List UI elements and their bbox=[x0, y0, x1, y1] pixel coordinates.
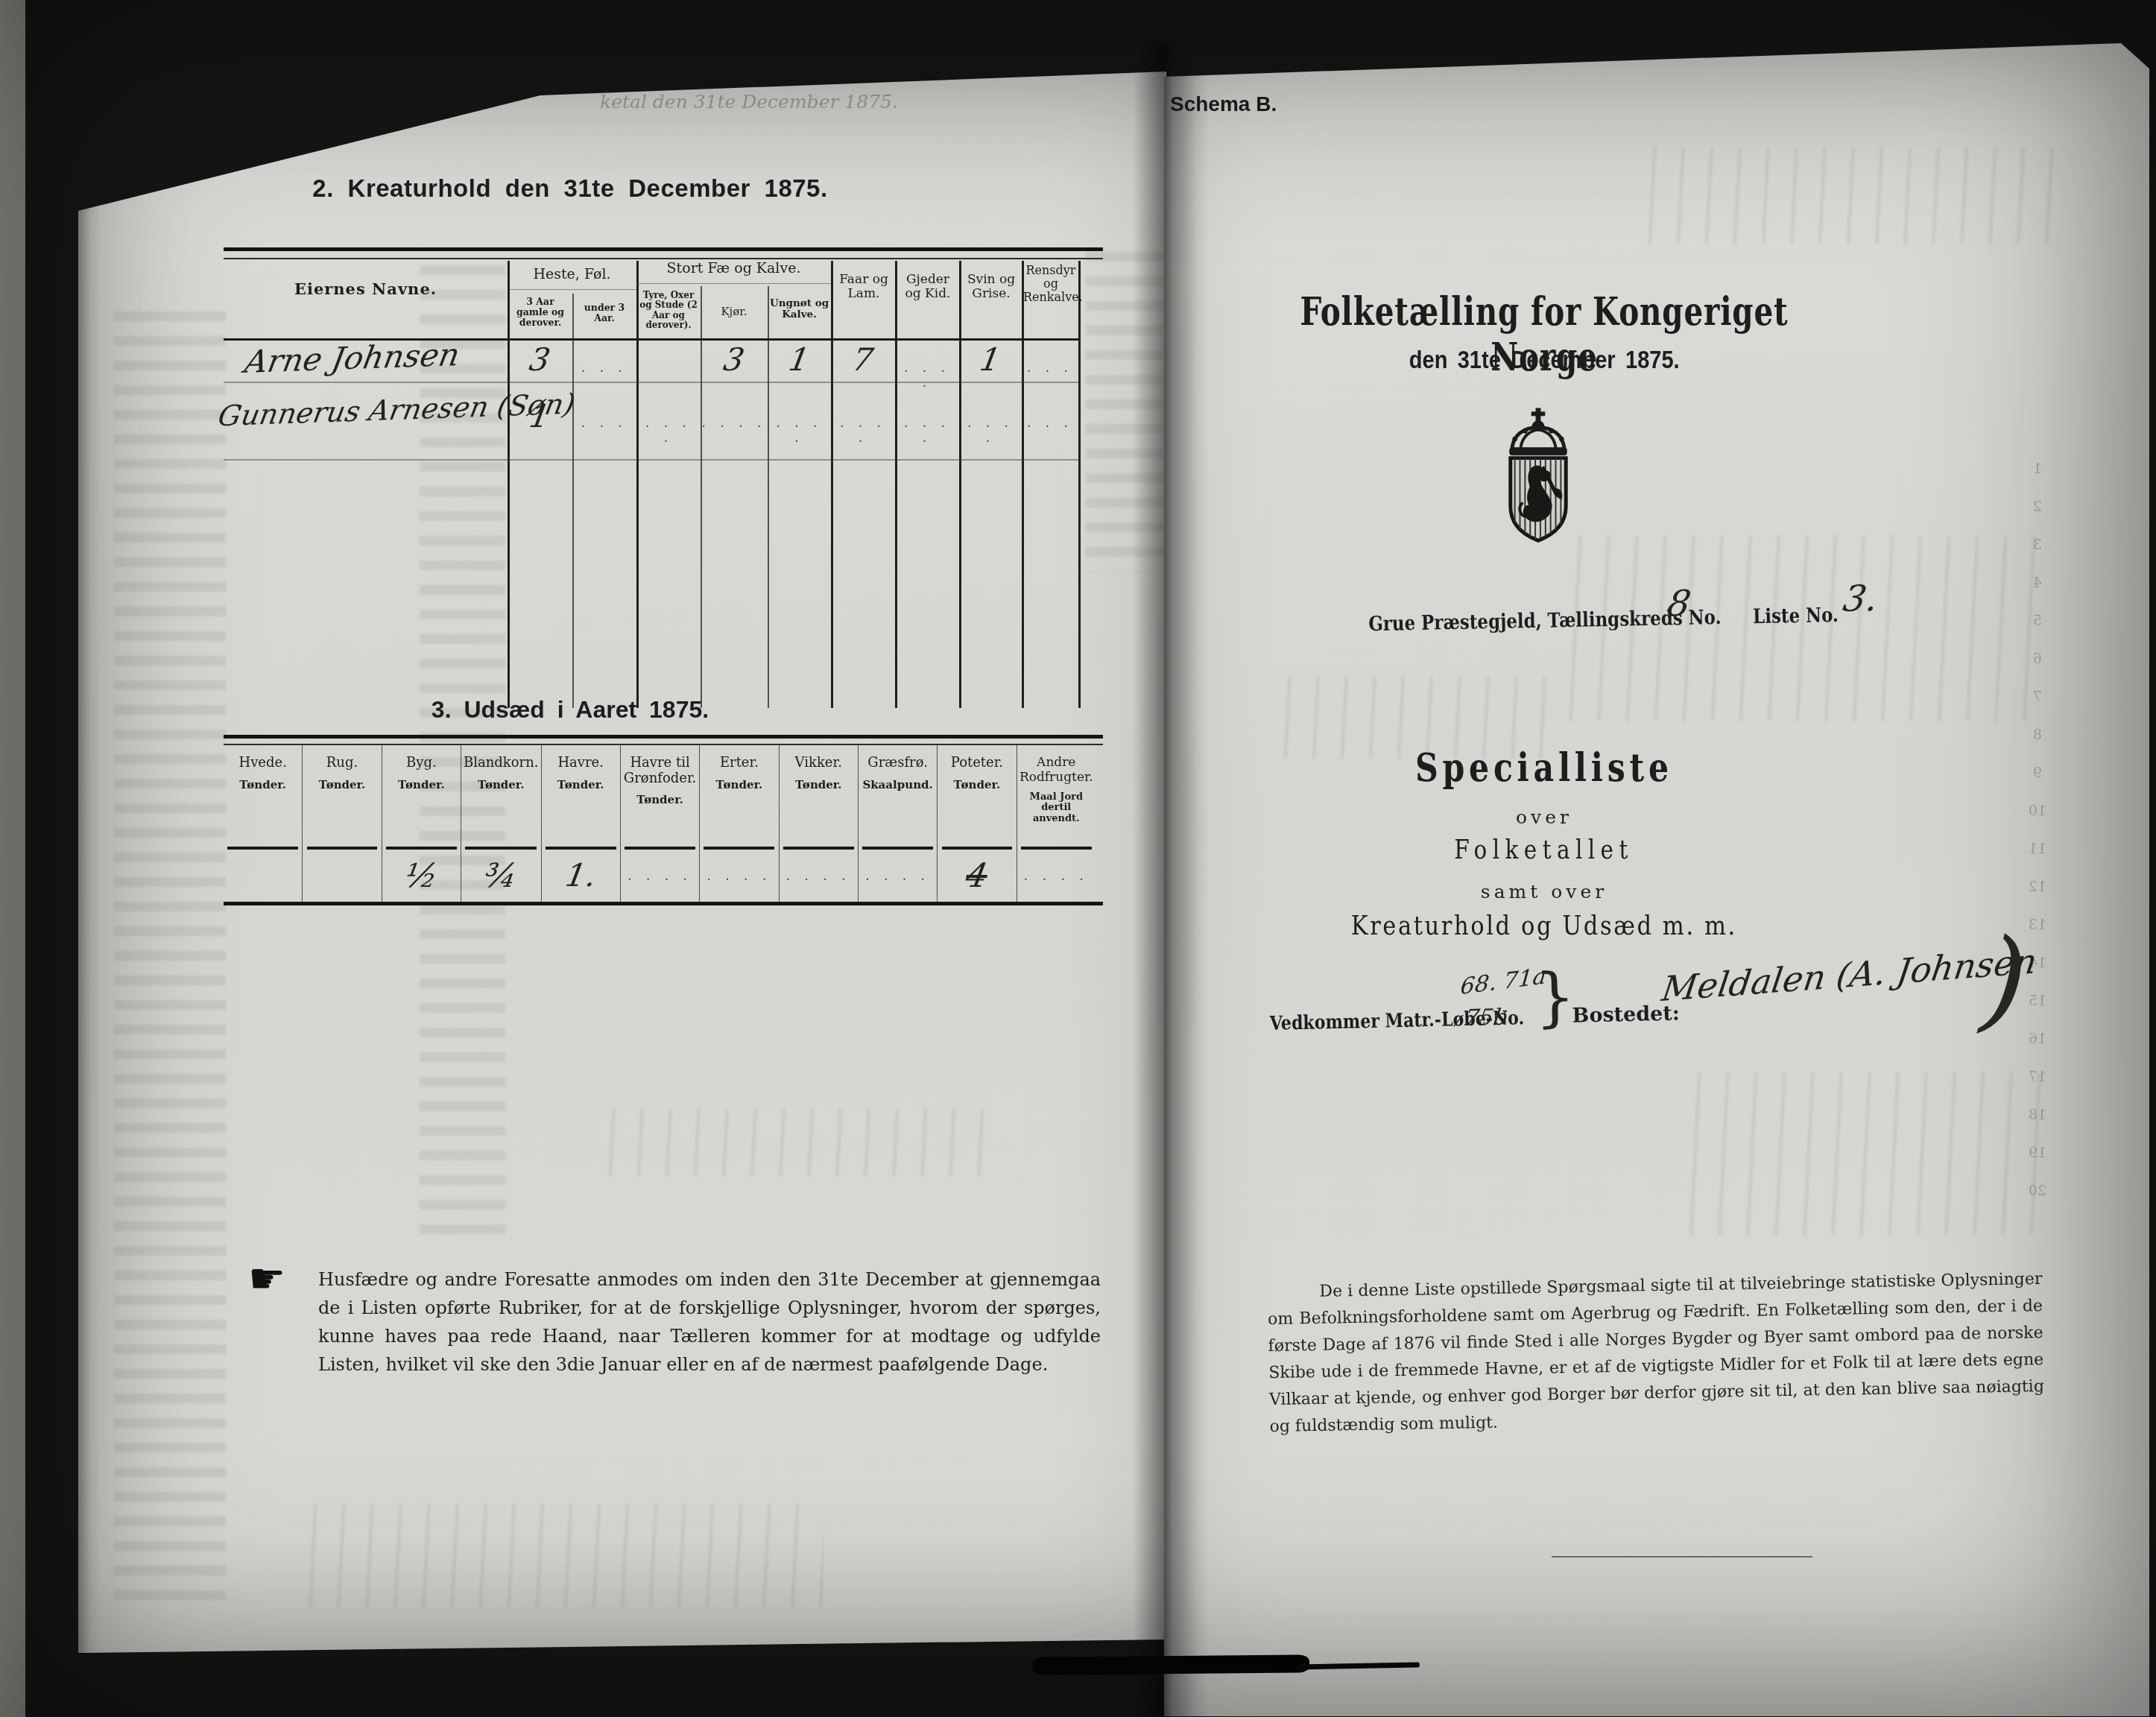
cell-faar: . . . . bbox=[831, 416, 895, 446]
rensdyr-column-header: Rensdyr og Renkalve. bbox=[1023, 264, 1078, 304]
cell-heste-unge: . . . bbox=[572, 361, 636, 376]
table-line bbox=[224, 735, 1103, 739]
cell-gjeder: . . . . bbox=[895, 361, 959, 390]
udsaed-col-unit: Tønder. bbox=[780, 779, 858, 791]
liste-label: Liste No. bbox=[1753, 604, 1839, 628]
udsaed-col-unit: Maal Jord dertil anvendt. bbox=[1017, 792, 1096, 824]
udsaed-col-underline bbox=[625, 847, 695, 850]
udsaed-col-unit: Skaalpund. bbox=[859, 779, 937, 791]
udsaed-col-underline bbox=[307, 847, 378, 850]
explanatory-paragraph: De i denne Liste opstillede Spørgsmaal s… bbox=[1267, 1266, 2045, 1441]
cell-kjoer: . . . . bbox=[701, 416, 768, 431]
table-line bbox=[224, 258, 1103, 259]
table-line bbox=[224, 247, 1103, 251]
special-samt-over: samt over bbox=[1164, 881, 1924, 902]
bleed-margin-number: 1 bbox=[2021, 461, 2054, 499]
udsaed-col-unit: Tønder. bbox=[303, 779, 381, 791]
scanner-ink-mark bbox=[1032, 1654, 1309, 1675]
row-underline bbox=[224, 459, 1078, 461]
pointing-hand-icon: ☛ bbox=[248, 1255, 285, 1303]
udsaed-col-underline bbox=[783, 847, 854, 850]
udsaed-col-name: Rug. bbox=[303, 756, 381, 771]
table-line bbox=[508, 289, 636, 290]
table-vline bbox=[831, 261, 833, 708]
udsaed-col-name: Byg. bbox=[382, 756, 461, 771]
bleed-squiggle bbox=[1641, 148, 2058, 244]
reference-line: Vedkommer Matr.-Løbe-No. 68. 71a 75b } B… bbox=[1162, 920, 2098, 1134]
bleed-squiggle bbox=[600, 1109, 987, 1176]
udsaed-col-unit: Tønder. bbox=[382, 779, 461, 791]
udsaed-col-value: ¾ bbox=[458, 857, 544, 895]
bleed-column-left bbox=[114, 312, 226, 1601]
liste-number-handwritten: 3. bbox=[1840, 578, 1881, 620]
left-page: ketal den 31te December 1875. 2. Kreatur… bbox=[78, 66, 1166, 1653]
udsaed-col-name: Havre til Grønfoder. bbox=[621, 756, 699, 786]
udsaed-column: Havre til Grønfoder. Tønder. . . . . bbox=[620, 744, 699, 902]
udsaed-col-name: Poteter. bbox=[938, 756, 1016, 771]
bleed-margin-number: 10 bbox=[2021, 803, 2054, 841]
udsaed-col-underline bbox=[862, 847, 933, 850]
bleed-margin-number: 8 bbox=[2021, 727, 2054, 765]
udsaed-column: Blandkorn. Tønder. ¾ bbox=[461, 744, 541, 902]
district-line: Grue Præstegjeld, Tællingskreds No. 8 Li… bbox=[1163, 556, 2059, 670]
udsaed-col-name: Vikker. bbox=[780, 756, 858, 771]
bleed-margin-number: 2 bbox=[2021, 499, 2054, 537]
row-underline bbox=[224, 382, 1078, 383]
census-subtitle-text: den 31te December 1875. bbox=[1409, 346, 1680, 374]
udsaed-col-name: Andre Rodfrugter. bbox=[1017, 756, 1096, 785]
special-folketallet: Folketallet bbox=[1164, 835, 1924, 865]
left-page-torn-edge bbox=[78, 66, 101, 1653]
udsaed-column: Hvede. Tønder. bbox=[224, 744, 302, 902]
bleed-margin-number: 6 bbox=[2021, 651, 2054, 689]
scanned-census-spread: ketal den 31te December 1875. 2. Kreatur… bbox=[0, 0, 2156, 1717]
udsaed-col-name: Havre. bbox=[542, 756, 620, 771]
owner-name-handwritten: Arne Johnsen bbox=[242, 336, 463, 380]
udsaed-col-unit: Tønder. bbox=[461, 779, 541, 791]
cell-kjoer: 3 bbox=[698, 341, 771, 378]
matr-number-bottom-handwritten: 75b bbox=[1463, 1005, 1510, 1031]
table-vline bbox=[508, 261, 510, 708]
udsaed-column: Andre Rodfrugter. Maal Jord dertil anven… bbox=[1017, 744, 1096, 902]
udsaed-column: Vikker. Tønder. . . . . bbox=[779, 744, 858, 902]
table-line bbox=[636, 283, 831, 284]
bosted-flourish: ) bbox=[1978, 914, 2032, 1046]
table-vline bbox=[1078, 261, 1081, 708]
bleed-header-text: ketal den 31te December 1875. bbox=[600, 91, 1017, 113]
udsaed-col-name: Græsfrø. bbox=[859, 756, 937, 771]
udsaed-col-underline bbox=[1021, 847, 1092, 850]
table-vline bbox=[959, 261, 961, 708]
udsaed-column: Rug. Tønder. bbox=[302, 744, 381, 902]
udsaed-col-name: Hvede. bbox=[224, 756, 302, 771]
udsaed-column: Erter. Tønder. . . . . bbox=[699, 744, 778, 902]
bleed-squiggle bbox=[302, 1504, 823, 1608]
cell-faar: 7 bbox=[828, 341, 899, 378]
gutter-shadow bbox=[1133, 41, 1197, 1717]
udsaed-col-unit: Tønder. bbox=[621, 794, 699, 806]
udsaed-col-value: . . . . bbox=[621, 869, 699, 884]
udsaed-col-value: . . . . bbox=[1017, 869, 1096, 884]
kjoer-subheader: Kjør. bbox=[702, 306, 766, 318]
cell-svin: 1 bbox=[956, 341, 1025, 378]
heste-group-header: Heste, Føl. bbox=[508, 267, 636, 282]
coat-of-arms bbox=[1493, 407, 1583, 553]
udsaed-col-value: . . . . bbox=[700, 869, 778, 884]
cell-ungnoet: 1 bbox=[765, 341, 835, 378]
cell-heste-voksne: 1 bbox=[505, 398, 576, 434]
udsaed-col-unit: Tønder. bbox=[938, 779, 1016, 791]
cell-tyre: . . . . bbox=[636, 416, 701, 446]
udsaed-col-underline bbox=[386, 847, 457, 850]
census-subtitle: den 31te December 1875. bbox=[1172, 346, 1917, 374]
bleed-margin-number: 9 bbox=[2021, 765, 2054, 803]
bleed-margin-number: 19 bbox=[2021, 1145, 2054, 1183]
udsaed-col-underline bbox=[546, 847, 616, 850]
udsaed-col-underline bbox=[942, 847, 1013, 850]
udsaed-col-name: Erter. bbox=[700, 756, 778, 771]
heste-unge-subheader: under 3 Aar. bbox=[574, 303, 635, 323]
cell-rensdyr: . . . bbox=[1022, 361, 1078, 376]
tyre-subheader: Tyre, Oxer og Stude (2 Aar og derover). bbox=[638, 291, 699, 331]
matr-brace: } bbox=[1534, 960, 1576, 1035]
owner-column-header: Eiernes Navne. bbox=[224, 280, 508, 298]
udsaed-col-underline bbox=[465, 847, 537, 850]
special-over: over bbox=[1164, 806, 1924, 828]
special-folketallet-text: Folketallet bbox=[1455, 835, 1634, 865]
heste-voksne-subheader: 3 Aar gamle og derover. bbox=[509, 297, 572, 328]
udsaed-col-underline bbox=[704, 847, 774, 850]
gjeder-column-header: Gjeder og Kid. bbox=[897, 273, 959, 301]
udsaed-col-value: . . . . bbox=[780, 869, 858, 884]
stort-fae-group-header: Stort Fæ og Kalve. bbox=[636, 261, 831, 276]
cell-gjeder: . . . . bbox=[895, 416, 959, 446]
udsaed-col-value: 4 bbox=[935, 857, 1019, 895]
cell-rensdyr: . . . bbox=[1022, 416, 1078, 431]
footnote-text: Husfædre og andre Foresatte anmodes om i… bbox=[318, 1265, 1101, 1379]
bleed-margin-number: 7 bbox=[2021, 689, 2054, 727]
udsaed-title: 3. Udsæd i Aaret 1875. bbox=[332, 696, 809, 724]
cell-svin: . . . . bbox=[959, 416, 1022, 446]
special-title: Specialliste bbox=[1164, 745, 1924, 791]
ungnoet-subheader: Ungnøt og Kalve. bbox=[769, 298, 829, 320]
udsaed-column: Byg. Tønder. ½ bbox=[382, 744, 461, 902]
udsaed-column: Poteter. Tønder. 4 bbox=[937, 744, 1016, 902]
cell-ungnoet: . . . . bbox=[768, 416, 831, 446]
udsaed-column: Græsfrø. Skaalpund. . . . . bbox=[858, 744, 937, 902]
faar-column-header: Faar og Lam. bbox=[832, 273, 895, 301]
special-title-text: Specialliste bbox=[1415, 745, 1673, 791]
udsaed-col-value: ½ bbox=[379, 857, 464, 895]
udsaed-col-unit: Tønder. bbox=[700, 779, 778, 791]
udsaed-col-underline bbox=[227, 847, 298, 850]
table-vline bbox=[1022, 261, 1024, 708]
udsaed-col-name: Blandkorn. bbox=[461, 756, 541, 771]
table-vline bbox=[895, 261, 897, 708]
udsaed-col-unit: Tønder. bbox=[542, 779, 620, 791]
udsaed-column: Havre. Tønder. 1. bbox=[541, 744, 620, 902]
bleed-margin-number: 20 bbox=[2021, 1183, 2054, 1221]
cell-heste-unge: . . . bbox=[572, 416, 636, 431]
table-line bbox=[224, 902, 1103, 905]
kreaturhold-title: 2. Kreaturhold den 31te December 1875. bbox=[257, 174, 883, 203]
cell-heste-voksne: 3 bbox=[505, 341, 576, 378]
scanner-edge-strip bbox=[0, 0, 25, 1717]
bleed-margin-number: 12 bbox=[2021, 879, 2054, 917]
bleed-margin-number: 11 bbox=[2021, 841, 2054, 879]
right-page: 1234567891011121314151617181920 Schema B… bbox=[1164, 43, 2149, 1716]
udsaed-table: Hvede. Tønder. Rug. Tønder. Byg. Tønder.… bbox=[224, 744, 1096, 902]
udsaed-col-value: 1. bbox=[538, 857, 623, 894]
udsaed-col-unit: Tønder. bbox=[224, 779, 302, 791]
svin-column-header: Svin og Grise. bbox=[961, 273, 1022, 301]
udsaed-col-value: . . . . bbox=[859, 869, 937, 884]
signature-rule bbox=[1552, 1556, 1812, 1558]
